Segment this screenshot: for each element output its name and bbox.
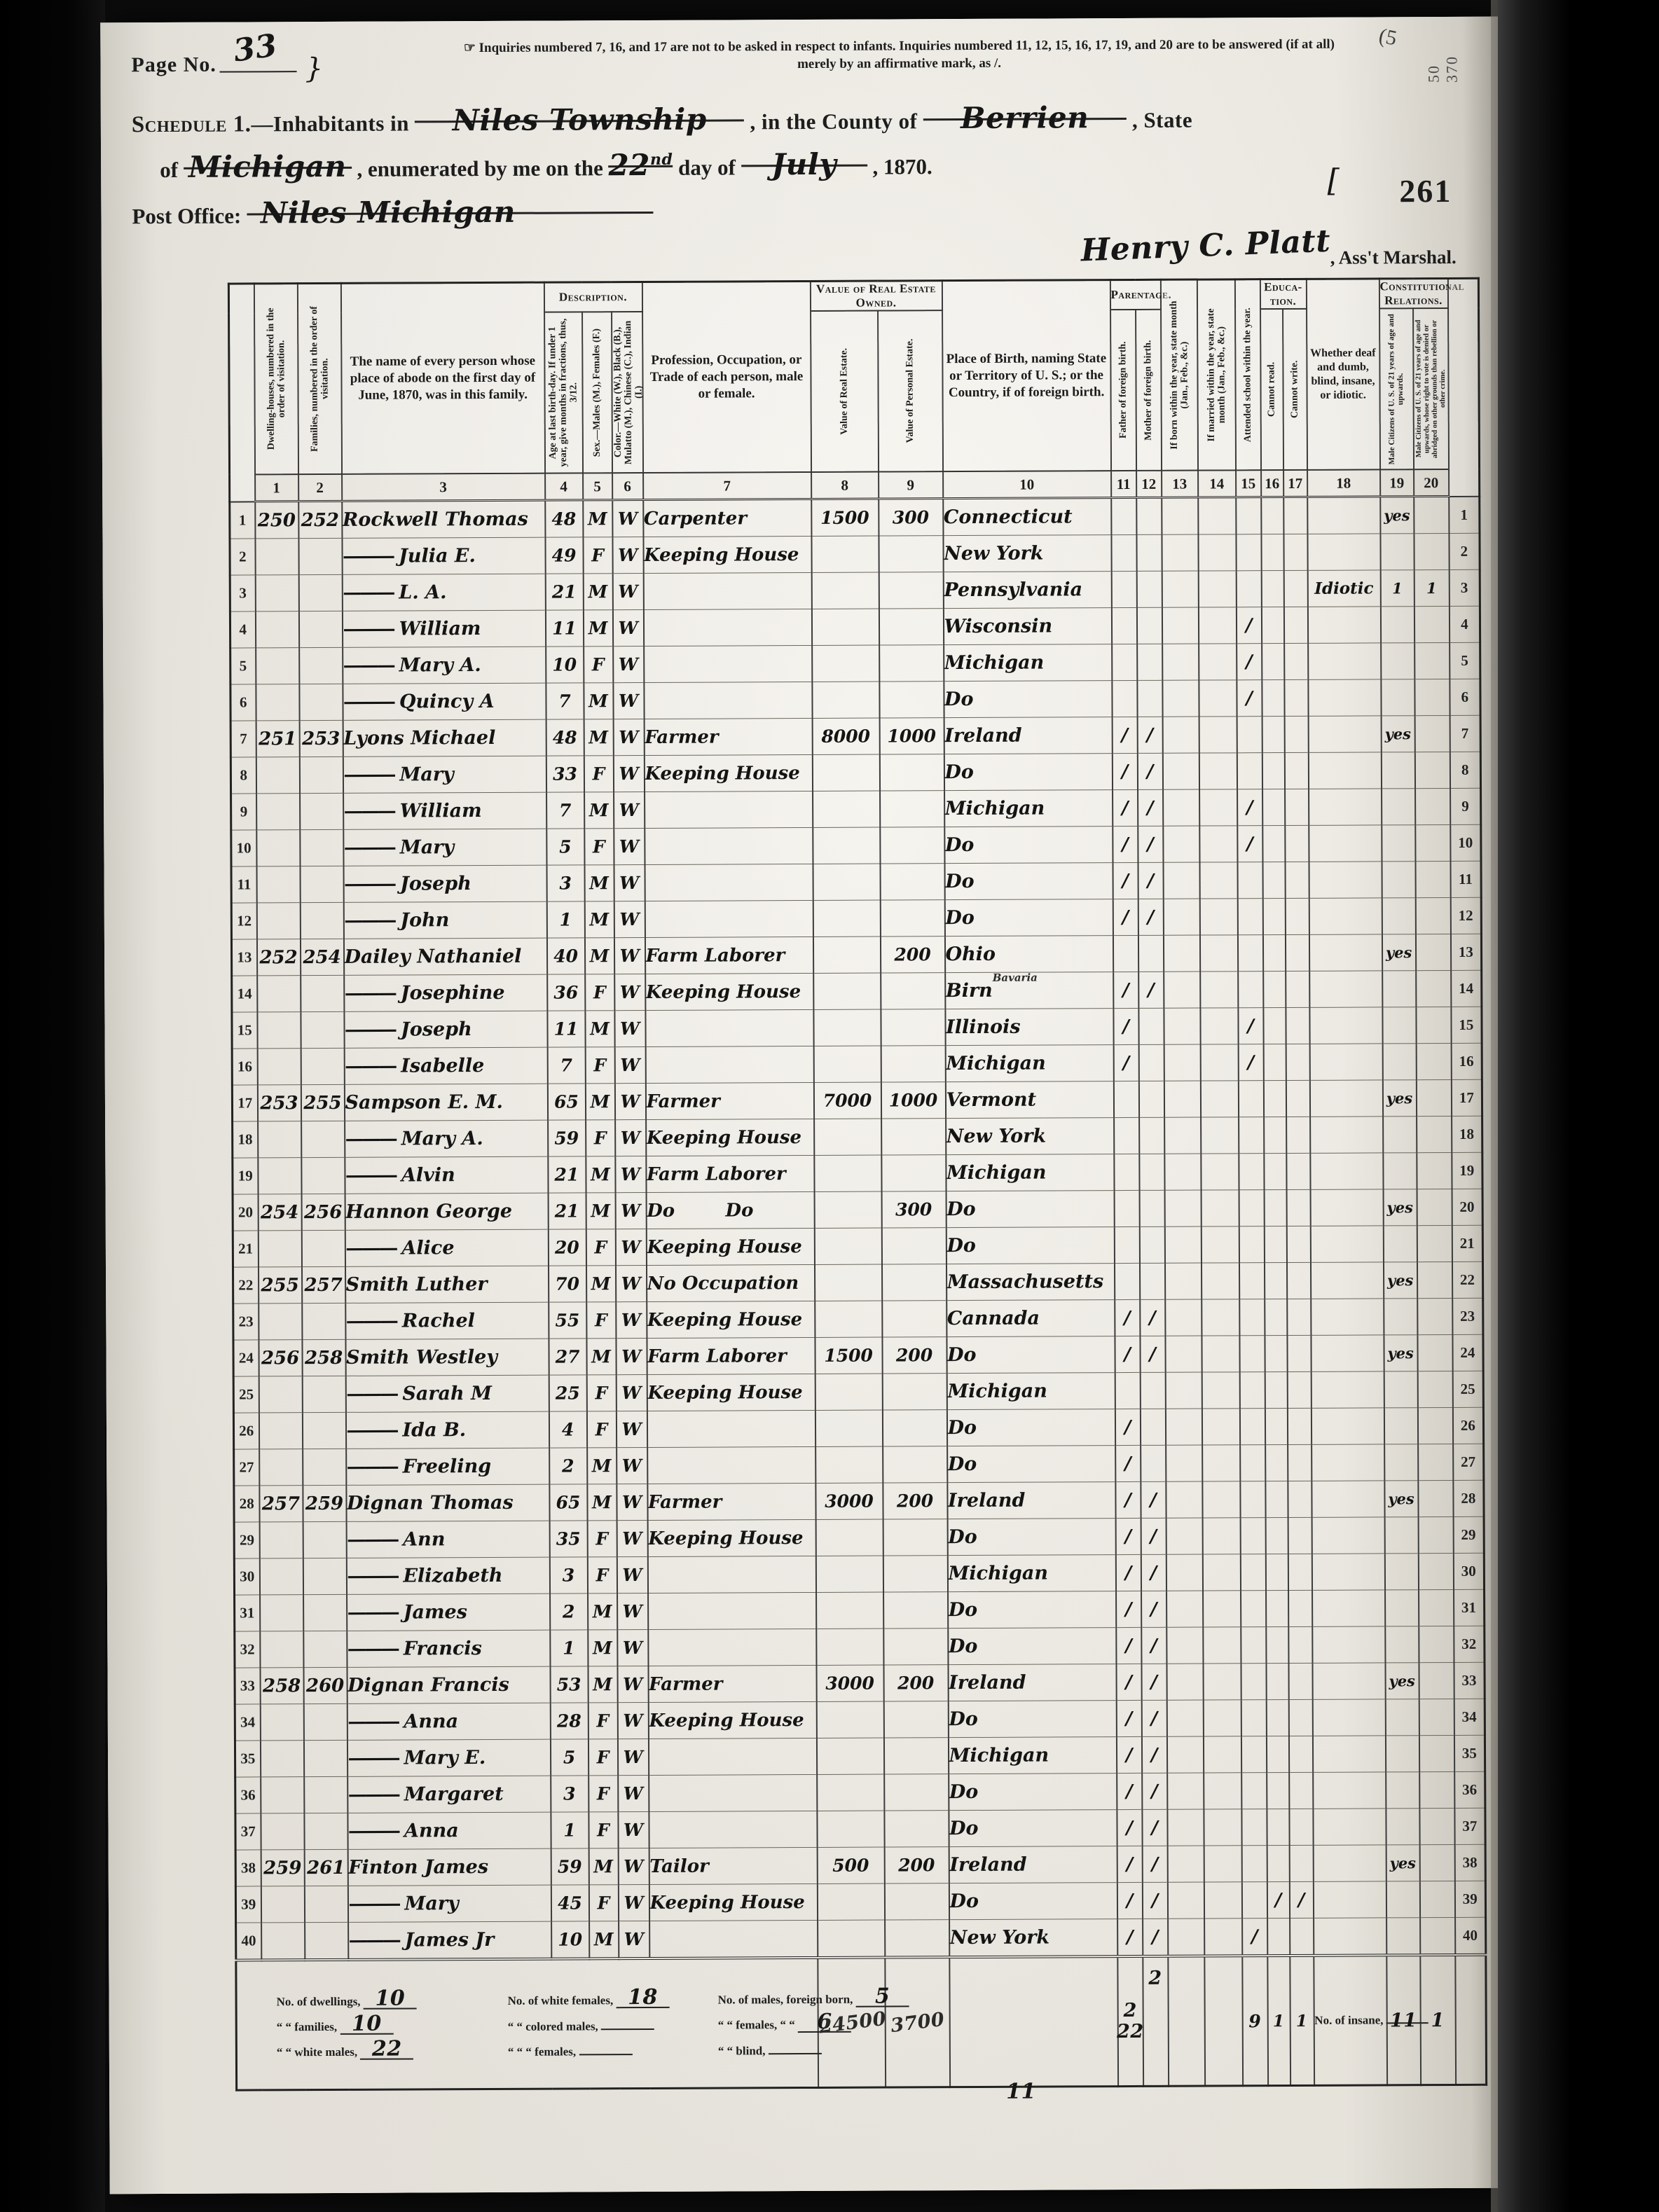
cell-birthplace: Do — [947, 1446, 1115, 1483]
cell-real-estate — [817, 1774, 884, 1811]
cell-male-citizen — [1385, 1699, 1419, 1736]
cell-mother-foreign — [1140, 1372, 1165, 1409]
cell-real-estate: 3000 — [815, 1483, 883, 1519]
cell-father-foreign: / — [1116, 1736, 1141, 1773]
cell-real-estate: 7000 — [813, 1082, 881, 1119]
cell-born-month — [1167, 1773, 1204, 1809]
table-row: 38 259 261 Finton James 59 M W Tailor 50… — [235, 1844, 1485, 1886]
cell-married-month — [1201, 1190, 1239, 1226]
row-number-right: 11 — [1450, 861, 1481, 897]
cell-male-citizen — [1384, 1444, 1418, 1481]
cell-birthplace: Do — [949, 1810, 1117, 1847]
cell-sex: M — [584, 683, 613, 719]
row-number-left: 1 — [230, 502, 255, 539]
cell-personal-estate: 200 — [880, 936, 944, 973]
cell-attended-school: / — [1242, 1919, 1267, 1956]
cell-birthplace: Vermont — [945, 1081, 1113, 1119]
cell-father-foreign — [1114, 1117, 1139, 1154]
cell-color: W — [614, 974, 645, 1011]
cell-color: W — [616, 1339, 647, 1375]
schedule-title: Schedule 1. — [132, 111, 252, 137]
row-number-left: 15 — [232, 1012, 257, 1049]
cell-cannot-write — [1287, 1408, 1311, 1444]
census-table: Dwelling-houses, numbered in the order o… — [228, 277, 1487, 2092]
cell-occupation — [644, 645, 812, 682]
cell-family-number — [299, 647, 343, 684]
cell-dwelling-number — [259, 1522, 303, 1558]
cell-cannot-write — [1287, 1335, 1311, 1371]
page-no-underline — [220, 71, 297, 72]
row-number-right: 1 — [1449, 496, 1480, 533]
cell-married-month — [1199, 826, 1237, 862]
cell-cannot-read — [1262, 644, 1284, 680]
cell-vote-denied — [1418, 1516, 1453, 1553]
cell-age: 53 — [550, 1666, 588, 1703]
cell-deaf-dumb — [1312, 1444, 1384, 1481]
table-row: 30 ———Elizabeth 3 F W Michigan / / 30 — [234, 1553, 1484, 1595]
cell-name: Dignan Francis — [347, 1666, 550, 1703]
cell-name: ———Mary E. — [347, 1739, 550, 1776]
cell-personal-estate — [879, 609, 943, 645]
cell-male-citizen — [1386, 1772, 1419, 1809]
cell-sex: M — [584, 901, 614, 938]
cell-color: W — [613, 719, 644, 756]
cell-sex: M — [586, 1339, 616, 1375]
cell-family-number: 253 — [299, 720, 343, 756]
cell-attended-school — [1237, 862, 1262, 899]
cell-age: 59 — [551, 1848, 588, 1885]
cell-deaf-dumb — [1308, 643, 1381, 679]
families-total: 10 — [340, 2015, 393, 2035]
cell-family-number — [304, 1776, 347, 1813]
cell-occupation: Farm Laborer — [645, 936, 813, 974]
cell-born-month — [1166, 1591, 1203, 1627]
row-number-right: 8 — [1450, 752, 1480, 788]
cell-age: 7 — [546, 683, 584, 719]
row-number-left: 20 — [233, 1194, 258, 1231]
cell-birthplace: Pennsylvania — [943, 572, 1111, 609]
cell-attended-school — [1239, 1263, 1265, 1299]
cell-married-month — [1201, 1154, 1239, 1190]
cell-born-month — [1167, 1846, 1204, 1882]
cell-name: Smith Westley — [345, 1339, 549, 1376]
cell-name: ———Mary A. — [345, 1120, 548, 1157]
cell-dwelling-number: 255 — [259, 1267, 302, 1304]
schedule-block: Schedule 1.—Inhabitants in Niles Townshi… — [132, 90, 1478, 270]
table-row: 1 250 252 Rockwell Thomas 48 M W Carpent… — [230, 496, 1480, 539]
row-number-right: 9 — [1450, 788, 1481, 824]
row-number-right: 12 — [1450, 897, 1481, 934]
cell-cannot-read — [1267, 1919, 1290, 1956]
row-number-right: 20 — [1452, 1189, 1482, 1225]
cell-cannot-write — [1283, 570, 1307, 607]
cell-attended-school — [1236, 534, 1261, 571]
cell-deaf-dumb — [1312, 1554, 1384, 1590]
col-header-father-foreign: Father of foreign birth. — [1110, 310, 1136, 471]
cell-sex: M — [588, 1630, 617, 1666]
row-number-left: 12 — [231, 903, 256, 939]
cell-occupation: Farmer — [648, 1665, 816, 1702]
cell-real-estate: 3000 — [816, 1665, 883, 1701]
row-number-right: 40 — [1455, 1917, 1486, 1955]
cell-attended-school — [1241, 1809, 1267, 1846]
cell-father-foreign: / — [1115, 1336, 1140, 1372]
cell-father-foreign — [1115, 1263, 1140, 1299]
cell-color: W — [615, 1193, 646, 1229]
cell-occupation: Keeping House — [649, 1883, 817, 1921]
cell-real-estate — [813, 827, 880, 864]
cell-cannot-write: / — [1289, 1881, 1313, 1918]
corner-right — [1447, 278, 1479, 496]
row-number-right: 25 — [1452, 1371, 1483, 1407]
cell-deaf-dumb — [1308, 752, 1381, 789]
cell-color: W — [617, 1629, 648, 1666]
cell-vote-denied — [1417, 1407, 1452, 1444]
cell-attended-school — [1237, 717, 1262, 753]
cell-age: 36 — [547, 974, 585, 1011]
cell-attended-school — [1241, 1700, 1266, 1736]
table-row: 10 ———Mary 5 F W Do / / / 10 — [231, 824, 1481, 866]
cell-real-estate — [813, 1009, 881, 1046]
cell-real-estate — [817, 1883, 884, 1920]
cell-vote-denied — [1419, 1699, 1454, 1735]
cell-dwelling-number: 257 — [259, 1486, 303, 1522]
row-number-right: 22 — [1452, 1261, 1483, 1298]
cell-color: W — [617, 1448, 647, 1484]
cell-vote-denied — [1418, 1480, 1453, 1516]
cell-sex: M — [586, 1156, 615, 1193]
cell-married-month — [1200, 935, 1238, 972]
cell-color: W — [617, 1521, 647, 1557]
cell-cannot-read — [1266, 1627, 1288, 1664]
cell-mother-foreign — [1141, 1445, 1166, 1481]
cell-real-estate — [815, 1410, 882, 1446]
cell-sex: M — [588, 1594, 617, 1630]
cell-attended-school — [1240, 1554, 1265, 1591]
table-row: 21 ———Alice 20 F W Keeping House Do 21 — [233, 1225, 1482, 1267]
cell-personal-estate — [883, 1446, 947, 1483]
cell-name: ———Mary A. — [343, 647, 546, 684]
row-number-left: 8 — [230, 757, 256, 794]
cell-color: W — [614, 865, 645, 901]
cell-dwelling-number — [260, 1631, 303, 1668]
cell-father-foreign: / — [1116, 1700, 1141, 1736]
cell-cannot-read — [1265, 1481, 1288, 1518]
cell-dwelling-number — [261, 1886, 304, 1923]
cell-deaf-dumb — [1313, 1845, 1386, 1881]
row-number-right: 34 — [1454, 1699, 1485, 1735]
cell-attended-school — [1238, 1081, 1263, 1117]
row-number-left: 40 — [236, 1923, 261, 1961]
cell-vote-denied — [1414, 715, 1450, 752]
cell-male-citizen — [1383, 1226, 1417, 1262]
cell-birthplace: New York — [946, 1118, 1114, 1155]
cell-married-month — [1203, 1736, 1241, 1773]
page-no-value: 33 — [231, 27, 280, 69]
instructions-note: ☞ Inquiries numbered 7, 16, and 17 are n… — [352, 35, 1445, 75]
cell-real-estate: 1500 — [811, 499, 879, 536]
cell-born-month — [1166, 1445, 1202, 1481]
cell-cannot-write — [1288, 1517, 1312, 1554]
cell-born-month — [1166, 1664, 1203, 1700]
cell-color: W — [615, 1266, 646, 1302]
cell-married-month — [1203, 1664, 1241, 1700]
cell-birthplace: Michigan — [947, 1555, 1115, 1592]
cell-dwelling-number — [257, 1049, 301, 1085]
cell-cannot-read — [1265, 1372, 1287, 1409]
cell-personal-estate — [883, 1556, 947, 1592]
cell-mother-foreign: / — [1141, 1554, 1166, 1591]
cell-birthplace: Do — [944, 754, 1112, 791]
cell-father-foreign — [1111, 497, 1136, 534]
cell-sex: M — [583, 500, 612, 537]
row-number-left: 23 — [233, 1304, 259, 1340]
cell-born-month — [1162, 644, 1199, 680]
cell-birthplace: BirnBavaria — [945, 972, 1113, 1009]
cell-age: 45 — [551, 1885, 588, 1921]
cell-personal-estate — [882, 1410, 946, 1446]
cell-personal-estate: 200 — [882, 1337, 946, 1374]
cell-vote-denied — [1419, 1662, 1454, 1699]
cell-male-citizen: yes — [1380, 497, 1414, 534]
cell-deaf-dumb — [1309, 971, 1382, 1007]
cell-father-foreign: / — [1113, 972, 1138, 1008]
cell-dwelling-number: 254 — [258, 1194, 301, 1231]
col-header-real-estate: Value of Real Estate. — [811, 311, 879, 472]
cell-color: W — [614, 829, 645, 865]
group-header-parentage: Parentage. — [1110, 279, 1160, 310]
cell-cannot-read — [1265, 1409, 1287, 1445]
cell-birthplace: Michigan — [944, 790, 1113, 827]
cell-cannot-read — [1264, 1154, 1286, 1190]
table-row: 13 252 254 Dailey Nathaniel 40 M W Farm … — [231, 934, 1481, 976]
cell-occupation: Keeping House — [647, 1301, 815, 1338]
cell-father-foreign — [1111, 571, 1136, 607]
cell-dwelling-number — [259, 1376, 302, 1413]
cell-birthplace: Ireland — [947, 1482, 1115, 1519]
cell-attended-school — [1241, 1773, 1267, 1809]
cell-name: ———Quincy A — [343, 683, 546, 720]
cell-married-month — [1199, 862, 1237, 899]
row-number-right: 39 — [1454, 1881, 1485, 1917]
table-row: 7 251 253 Lyons Michael 48 M W Farmer 80… — [230, 715, 1480, 757]
cell-color: W — [618, 1811, 649, 1848]
cell-mother-foreign: / — [1138, 826, 1163, 862]
row-number-left: 26 — [233, 1413, 259, 1449]
cell-name: ———Joseph — [344, 1011, 547, 1048]
cell-age: 70 — [548, 1266, 586, 1302]
cell-vote-denied — [1419, 1626, 1454, 1662]
cell-deaf-dumb — [1311, 1371, 1384, 1408]
cell-attended-school — [1239, 1409, 1265, 1445]
cell-dwelling-number — [261, 1777, 304, 1813]
cell-mother-foreign — [1140, 1409, 1165, 1445]
cell-attended-school — [1241, 1664, 1266, 1700]
col-header-deaf-dumb: Whether deaf and dumb, blind, insane, or… — [1306, 279, 1379, 470]
dwellings-total: 10 — [364, 1989, 417, 2009]
cell-age: 7 — [546, 792, 584, 829]
cell-color: W — [615, 1156, 646, 1193]
cell-birthplace: Michigan — [944, 644, 1112, 682]
cell-birthplace: Michigan — [948, 1737, 1116, 1774]
cell-occupation — [648, 1592, 816, 1629]
cell-deaf-dumb — [1311, 1408, 1384, 1444]
cell-sex: F — [586, 1411, 616, 1448]
cell-name: ———William — [343, 792, 546, 829]
table-row: 18 ———Mary A. 59 F W Keeping House New Y… — [233, 1116, 1482, 1158]
col-header-personal-estate: Value of Personal Estate. — [878, 310, 943, 471]
cell-age: 10 — [551, 1921, 589, 1959]
cell-cannot-read — [1262, 753, 1284, 789]
cell-cannot-write — [1285, 789, 1309, 825]
table-row: 12 ———John 1 M W Do / / 12 — [231, 897, 1481, 939]
cell-born-month — [1168, 1919, 1204, 1956]
cell-sex: M — [586, 1266, 615, 1302]
cell-attended-school — [1236, 497, 1261, 534]
cell-mother-foreign: / — [1142, 1882, 1167, 1919]
cell-cannot-read — [1265, 1299, 1287, 1336]
cell-name: ———Rachel — [345, 1302, 549, 1339]
cell-vote-denied — [1418, 1553, 1453, 1589]
table-row: 20 254 256 Hannon George 21 M W Do Do 30… — [233, 1189, 1482, 1231]
cell-name: Dignan Thomas — [346, 1484, 549, 1521]
cell-sex: F — [588, 1812, 618, 1848]
cell-cannot-read — [1265, 1554, 1288, 1591]
cell-age: 3 — [549, 1557, 587, 1594]
cell-color: W — [614, 792, 645, 829]
row-number-right: 19 — [1452, 1152, 1482, 1189]
cell-occupation — [644, 682, 812, 719]
cell-mother-foreign — [1139, 1154, 1164, 1190]
cell-male-citizen — [1380, 607, 1414, 643]
row-number-left: 38 — [235, 1850, 261, 1886]
cell-name: ———Isabelle — [344, 1047, 547, 1084]
col-header-vote-denied: Male Citizens of U. S. of 21 years of ag… — [1413, 308, 1449, 469]
cell-born-month — [1163, 789, 1199, 826]
cell-father-foreign: / — [1116, 1591, 1141, 1627]
totals-row: No. of dwellings, 10 No. of white female… — [236, 1955, 1487, 2090]
cell-color: W — [612, 500, 643, 537]
cell-occupation: Keeping House — [643, 536, 811, 573]
cell-mother-foreign — [1136, 497, 1162, 534]
cell-personal-estate — [880, 827, 944, 864]
cell-dwelling-number — [257, 1012, 301, 1049]
cell-real-estate — [815, 1264, 882, 1301]
cell-real-estate — [813, 936, 880, 973]
cell-age: 21 — [545, 574, 583, 610]
cell-birthplace: Do — [949, 1883, 1117, 1920]
row-number-left: 18 — [233, 1121, 258, 1158]
cell-birthplace: Ohio — [944, 936, 1113, 973]
cell-sex: M — [583, 574, 612, 610]
cell-married-month — [1203, 1700, 1241, 1736]
cell-cannot-read — [1265, 1518, 1288, 1554]
cell-name: ———John — [343, 901, 546, 939]
table-row: 2 ———Julia E. 49 F W Keeping House New Y… — [230, 533, 1480, 575]
cell-birthplace: Do — [947, 1519, 1115, 1556]
cell-attended-school — [1241, 1882, 1267, 1919]
cell-married-month — [1199, 899, 1237, 935]
cell-deaf-dumb — [1309, 862, 1382, 898]
cell-born-month — [1164, 1190, 1201, 1226]
cell-personal-estate — [880, 900, 944, 936]
table-row: 32 ———Francis 1 M W Do / / 32 — [235, 1626, 1485, 1668]
cell-male-citizen — [1383, 1153, 1417, 1189]
cell-cannot-write — [1286, 1226, 1310, 1262]
cell-family-number: 260 — [303, 1667, 347, 1703]
cell-male-citizen — [1382, 789, 1415, 825]
cell-real-estate — [817, 1811, 884, 1847]
cell-mother-foreign: / — [1141, 1664, 1166, 1700]
cell-family-number — [301, 1157, 345, 1194]
cell-father-foreign — [1113, 1081, 1138, 1117]
row-number-left: 34 — [235, 1704, 260, 1741]
cell-vote-denied: 1 — [1414, 569, 1449, 606]
cell-vote-denied — [1417, 1261, 1452, 1298]
cell-birthplace: New York — [949, 1919, 1117, 1958]
row-number-left: 11 — [231, 866, 256, 903]
cell-born-month — [1164, 935, 1200, 972]
denied-total: 1 — [1420, 1955, 1456, 2085]
cell-color: W — [614, 1047, 645, 1084]
cell-married-month — [1204, 1882, 1241, 1919]
state-field: Michigan — [184, 167, 352, 170]
cell-married-month — [1202, 1445, 1240, 1481]
row-number-left: 13 — [231, 939, 256, 976]
table-row: 19 ———Alvin 21 M W Farm Laborer Michigan… — [233, 1152, 1482, 1194]
cell-cannot-write — [1286, 1007, 1309, 1044]
row-number-right: 30 — [1453, 1553, 1484, 1589]
cell-cannot-write — [1288, 1590, 1312, 1626]
row-number-right: 32 — [1454, 1626, 1485, 1662]
cell-male-citizen: yes — [1383, 1189, 1417, 1226]
cell-sex: M — [584, 792, 614, 829]
cell-deaf-dumb — [1312, 1517, 1384, 1554]
cell-deaf-dumb — [1313, 1881, 1386, 1918]
cell-birthplace: Do — [946, 1409, 1115, 1446]
row-number-right: 4 — [1449, 606, 1480, 642]
cell-mother-foreign: / — [1138, 862, 1163, 899]
cell-cannot-write — [1288, 1481, 1312, 1517]
col-header-cannot-write: Cannot write. — [1283, 309, 1307, 470]
cell-vote-denied — [1419, 1771, 1454, 1808]
cell-married-month — [1198, 497, 1236, 534]
col-header-occupation: Profession, Occupation, or Trade of each… — [642, 281, 811, 473]
cell-father-foreign: / — [1115, 1445, 1141, 1481]
cell-age: 55 — [549, 1302, 586, 1339]
cell-family-number — [303, 1521, 346, 1558]
cell-occupation — [649, 1920, 818, 1958]
bottom-tally-mark: 11 — [1006, 2080, 1036, 2104]
cell-occupation — [647, 1446, 815, 1484]
row-number-left: 29 — [234, 1522, 259, 1558]
cell-color: W — [617, 1702, 648, 1739]
white-males-total: 22 — [360, 2040, 413, 2059]
cell-male-citizen: yes — [1385, 1663, 1419, 1699]
cell-mother-foreign: / — [1138, 789, 1163, 826]
cell-vote-denied — [1417, 1371, 1452, 1407]
cell-born-month — [1167, 1882, 1204, 1919]
cell-vote-denied — [1419, 1735, 1454, 1771]
cell-married-month — [1199, 644, 1237, 680]
cell-male-citizen — [1382, 862, 1415, 898]
table-row: 22 255 257 Smith Luther 70 M W No Occupa… — [233, 1261, 1483, 1304]
row-number-right: 14 — [1451, 970, 1482, 1007]
cell-male-citizen: yes — [1381, 716, 1414, 752]
cell-father-foreign: / — [1115, 1481, 1141, 1518]
cell-born-month — [1165, 1372, 1202, 1409]
cell-attended-school — [1240, 1445, 1265, 1481]
